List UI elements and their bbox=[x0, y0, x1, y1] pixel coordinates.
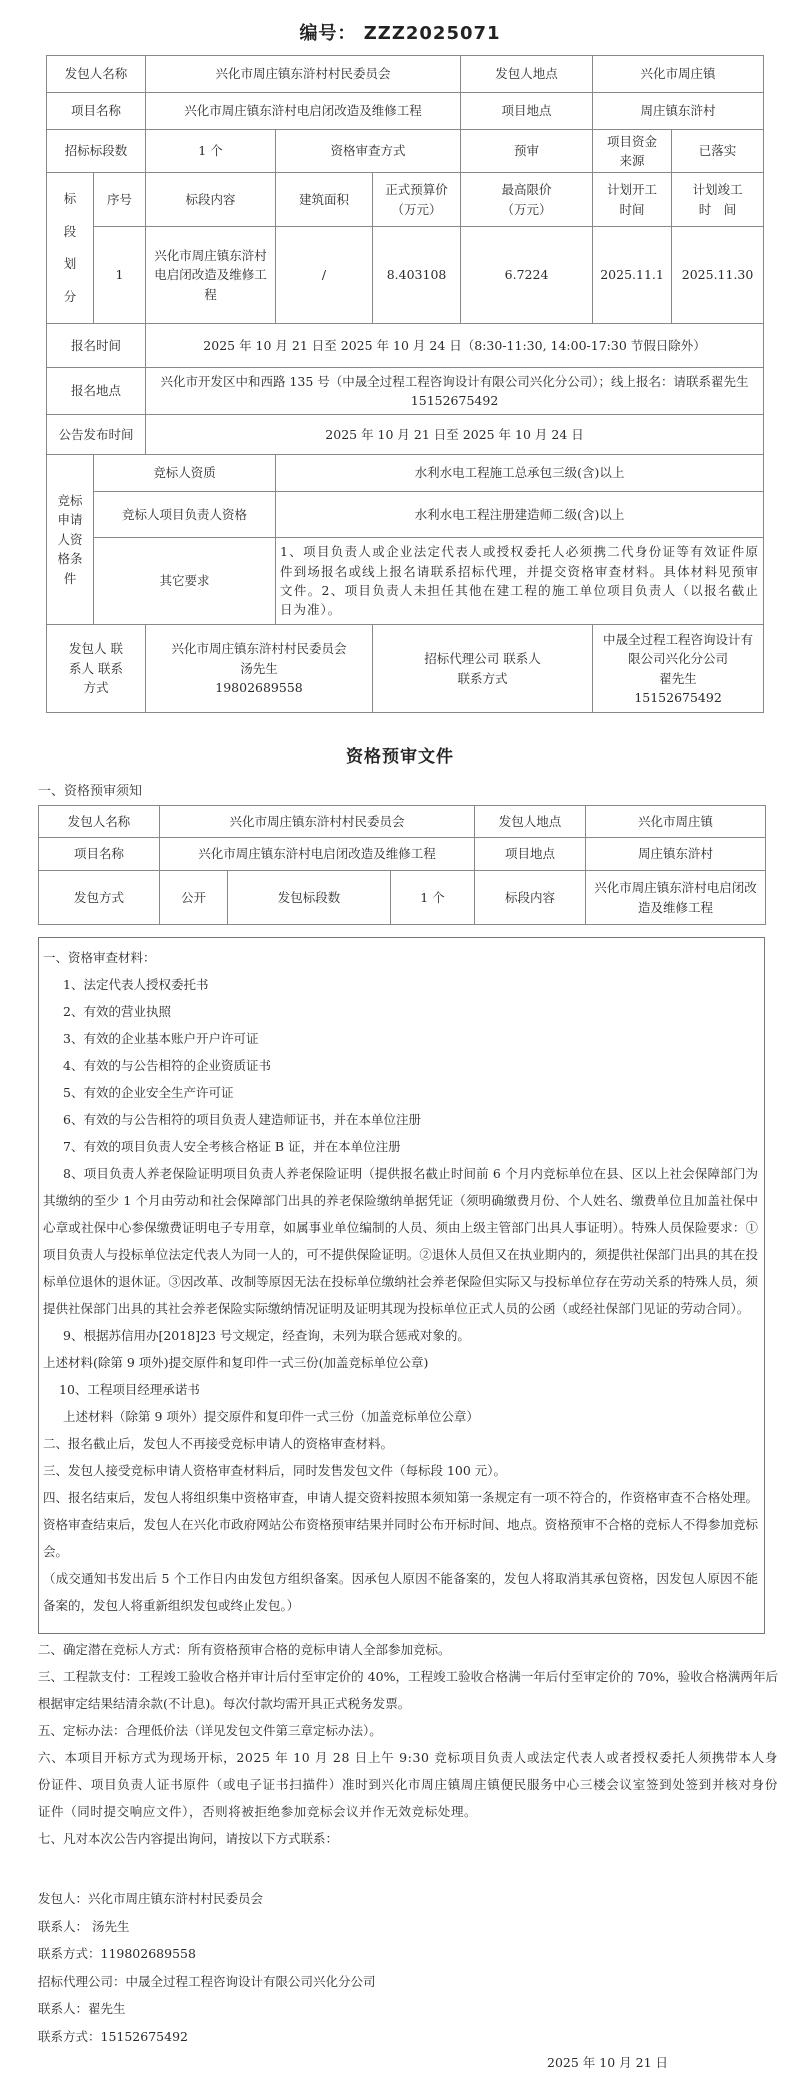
table-row: 发包人名称 兴化市周庄镇东浒村村民委员会 发包人地点 兴化市周庄镇 bbox=[39, 806, 766, 838]
section-count-label: 招标标段数 bbox=[47, 130, 146, 173]
employer-location-label: 发包人地点 bbox=[461, 56, 593, 93]
side-char: 划 bbox=[64, 256, 77, 271]
contact-agent-phone: 15152675492 bbox=[597, 688, 759, 707]
registration-place: 兴化市开发区中和西路 135 号（中晟全过程工程咨询设计有限公司兴化分公司）；线… bbox=[146, 368, 764, 415]
project-location-label: 项目地点 bbox=[475, 838, 586, 871]
project-name-label: 项目名称 bbox=[47, 93, 146, 130]
materials-note-1: 上述材料(除第 9 项外)提交原件和复印件一式三份(加盖竞标单位公章) bbox=[43, 1349, 758, 1376]
materials-heading: 一、资格审查材料： bbox=[43, 944, 758, 971]
qualification-row-label: 竞标人资质 bbox=[94, 455, 276, 492]
table-row: 竞标申请人资格条件 竞标人资质 水利水电工程施工总承包三级(含)以上 bbox=[47, 455, 764, 492]
side-char: 分 bbox=[64, 289, 77, 304]
contact-line: 联系方式：119802689558 bbox=[38, 1940, 778, 1968]
clause-4: 四、报名结束后，发包人将组织集中资格审查，申请人提交资料按照本须知第一条规定有一… bbox=[43, 1484, 758, 1565]
section-count: 1 个 bbox=[146, 130, 276, 173]
contact-employer-phone: 19802689558 bbox=[150, 678, 368, 697]
list-item: 7、有效的项目负责人安全考核合格证 B 证，并在本单位注册 bbox=[43, 1133, 758, 1160]
side-char: 标 bbox=[64, 191, 77, 206]
materials-note-2: 上述材料（除第 9 项外）提交原件和复印件一式三份（加盖竞标单位公章） bbox=[43, 1403, 758, 1430]
clause-3: 三、发包人接受竞标申请人资格审查材料后，同时发售发包文件（每标段 100 元）。 bbox=[43, 1457, 758, 1484]
registration-place-label: 报名地点 bbox=[47, 368, 146, 415]
contact-list: 发包人：兴化市周庄镇东浒村村民委员会 联系人： 汤先生 联系方式：1198026… bbox=[38, 1885, 778, 2050]
review-method: 预审 bbox=[461, 130, 593, 173]
contact-line: 联系方式：15152675492 bbox=[38, 2023, 778, 2051]
col-header-area: 建筑面积 bbox=[276, 173, 373, 227]
side-char: 段 bbox=[64, 224, 77, 239]
list-item: 2、有效的营业执照 bbox=[43, 998, 758, 1025]
section-division-label: 标 段 划 分 bbox=[47, 173, 94, 324]
project-location-label: 项目地点 bbox=[461, 93, 593, 130]
row-content: 兴化市周庄镇东浒村电启闭改造及维修工程 bbox=[146, 227, 276, 324]
table-row: 报名地点 兴化市开发区中和西路 135 号（中晟全过程工程咨询设计有限公司兴化分… bbox=[47, 368, 764, 415]
project-name-label: 项目名称 bbox=[39, 838, 160, 871]
project-location: 周庄镇东浒村 bbox=[586, 838, 766, 871]
table-row: 其它要求 1、项目负责人或企业法定代表人或授权委托人必须携二代身份证等有效证件原… bbox=[47, 538, 764, 625]
contact-line: 招标代理公司：中晟全过程工程咨询设计有限公司兴化分公司 bbox=[38, 1968, 778, 1996]
list-item: 5、有效的企业安全生产许可证 bbox=[43, 1079, 758, 1106]
contact-employer-name: 兴化市周庄镇东浒村村民委员会 bbox=[150, 639, 368, 658]
document-date: 2025 年 10 月 21 日 bbox=[547, 2054, 668, 2073]
table-row: 公告发布时间 2025 年 10 月 21 日至 2025 年 10 月 24 … bbox=[47, 415, 764, 455]
section-content-label: 标段内容 bbox=[475, 871, 586, 925]
section-count-label: 发包标段数 bbox=[228, 871, 391, 925]
clause-note: （成交通知书发出后 5 个工作日内由发包方组织备案。因承包人原因不能备案的，发包… bbox=[43, 1565, 758, 1619]
qualification-row-label: 竞标人项目负责人资格 bbox=[94, 492, 276, 538]
table-row: 发包方式 公开 发包标段数 1 个 标段内容 兴化市周庄镇东浒村电启闭改造及维修… bbox=[39, 871, 766, 925]
section-count: 1 个 bbox=[391, 871, 475, 925]
method: 公开 bbox=[160, 871, 228, 925]
row-max-price: 6.7224 bbox=[461, 227, 593, 324]
table-row: 发包人 联系人 联系方式 兴化市周庄镇东浒村村民委员会 汤先生 19802689… bbox=[47, 625, 764, 713]
project-name: 兴化市周庄镇东浒村电启闭改造及维修工程 bbox=[160, 838, 475, 871]
employer-name: 兴化市周庄镇东浒村村民委员会 bbox=[146, 56, 461, 93]
list-item-8: 8、项目负责人养老保险证明项目负责人养老保险证明（提供报名截止时间前 6 个月内… bbox=[43, 1160, 758, 1322]
table-row: 报名时间 2025 年 10 月 21 日至 2025 年 10 月 24 日（… bbox=[47, 324, 764, 368]
employer-location-label: 发包人地点 bbox=[475, 806, 586, 838]
project-name: 兴化市周庄镇东浒村电启闭改造及维修工程 bbox=[146, 93, 461, 130]
qualification-row-label: 其它要求 bbox=[94, 538, 276, 625]
publish-time-label: 公告发布时间 bbox=[47, 415, 146, 455]
qualification-row-value: 水利水电工程注册建造师二级(含)以上 bbox=[276, 492, 764, 538]
table-row: 招标标段数 1 个 资格审查方式 预审 项目资金来源 已落实 bbox=[47, 130, 764, 173]
announcement-table: 发包人名称 兴化市周庄镇东浒村村民委员会 发包人地点 兴化市周庄镇 项目名称 兴… bbox=[46, 55, 764, 713]
additional-clauses: 二、确定潜在竞标人方式：所有资格预审合格的竞标申请人全部参加竞标。 三、工程款支… bbox=[38, 1636, 778, 1852]
contact-line: 发包人：兴化市周庄镇东浒村村民委员会 bbox=[38, 1885, 778, 1913]
row-no: 1 bbox=[94, 227, 146, 324]
list-item: 6、有效的与公告相符的项目负责人建造师证书，并在本单位注册 bbox=[43, 1106, 758, 1133]
fund-source: 已落实 bbox=[672, 130, 764, 173]
contact-label-text: 招标代理公司 联系人 联系方式 bbox=[424, 651, 540, 685]
prequalification-title: 资格预审文件 bbox=[0, 745, 800, 771]
contact-employer-label: 发包人 联系人 联系方式 bbox=[47, 625, 146, 713]
clause-inquiry: 七、凡对本次公告内容提出询问，请按以下方式联系： bbox=[38, 1825, 778, 1852]
list-item-10: 10、工程项目经理承诺书 bbox=[43, 1376, 758, 1403]
document-number-value: ZZZ2025071 bbox=[364, 23, 501, 44]
contact-agent-label: 招标代理公司 联系人 联系方式 bbox=[373, 625, 593, 713]
contact-employer-person: 汤先生 bbox=[150, 659, 368, 678]
list-item: 4、有效的与公告相符的企业资质证书 bbox=[43, 1052, 758, 1079]
registration-time-label: 报名时间 bbox=[47, 324, 146, 368]
table-row: 1 兴化市周庄镇东浒村电启闭改造及维修工程 / 8.403108 6.7224 … bbox=[47, 227, 764, 324]
col-header-start: 计划开工时间 bbox=[593, 173, 672, 227]
contact-line: 联系人：翟先生 bbox=[38, 1995, 778, 2023]
clause-2: 二、报名截止后，发包人不再接受竞标申请人的资格审查材料。 bbox=[43, 1430, 758, 1457]
table-row: 竞标人项目负责人资格 水利水电工程注册建造师二级(含)以上 bbox=[47, 492, 764, 538]
col-header-no: 序号 bbox=[94, 173, 146, 227]
row-area: / bbox=[276, 227, 373, 324]
project-location: 周庄镇东浒村 bbox=[593, 93, 764, 130]
qualification-label: 竞标申请人资格条件 bbox=[47, 455, 94, 625]
clause-award-method: 五、定标办法：合理低价法（详见发包文件第三章定标办法）。 bbox=[38, 1717, 778, 1744]
table-row: 标 段 划 分 序号 标段内容 建筑面积 正式预算价（万元） 最高限价（万元） … bbox=[47, 173, 764, 227]
col-header-max-price: 最高限价（万元） bbox=[461, 173, 593, 227]
col-header-budget: 正式预算价（万元） bbox=[373, 173, 461, 227]
list-item-9: 9、根据苏信用办[2018]23 号文规定，经查询，未列为联合惩戒对象的。 bbox=[43, 1322, 758, 1349]
list-item: 1、法定代表人授权委托书 bbox=[43, 971, 758, 998]
qualification-row-value: 水利水电工程施工总承包三级(含)以上 bbox=[276, 455, 764, 492]
col-header-content: 标段内容 bbox=[146, 173, 276, 227]
method-label: 发包方式 bbox=[39, 871, 160, 925]
row-end: 2025.11.30 bbox=[672, 227, 764, 324]
table-row: 项目名称 兴化市周庄镇东浒村电启闭改造及维修工程 项目地点 周庄镇东浒村 bbox=[47, 93, 764, 130]
table-row: 发包人名称 兴化市周庄镇东浒村村民委员会 发包人地点 兴化市周庄镇 bbox=[47, 56, 764, 93]
row-start: 2025.11.1 bbox=[593, 227, 672, 324]
contact-label-text: 发包人 联系人 联系方式 bbox=[69, 641, 123, 695]
col-header-end: 计划竣工 时 间 bbox=[672, 173, 764, 227]
list-item: 3、有效的企业基本账户开户许可证 bbox=[43, 1025, 758, 1052]
row-budget: 8.403108 bbox=[373, 227, 461, 324]
prequalification-table: 发包人名称 兴化市周庄镇东浒村村民委员会 发包人地点 兴化市周庄镇 项目名称 兴… bbox=[38, 805, 766, 925]
review-method-label: 资格审查方式 bbox=[276, 130, 461, 173]
registration-time: 2025 年 10 月 21 日至 2025 年 10 月 24 日（8:30-… bbox=[146, 324, 764, 368]
employer-location: 兴化市周庄镇 bbox=[593, 56, 764, 93]
employer-name: 兴化市周庄镇东浒村村民委员会 bbox=[160, 806, 475, 838]
publish-time: 2025 年 10 月 21 日至 2025 年 10 月 24 日 bbox=[146, 415, 764, 455]
prequalification-subhead: 一、资格预审须知 bbox=[38, 782, 142, 802]
document-number: 编号： ZZZ2025071 bbox=[0, 20, 800, 47]
clause-bid-opening: 六、本项目开标方式为现场开标，2025 年 10 月 28 日上午 9:30 竞… bbox=[38, 1744, 778, 1825]
contact-agent-person: 翟先生 bbox=[597, 669, 759, 688]
table-row: 项目名称 兴化市周庄镇东浒村电启闭改造及维修工程 项目地点 周庄镇东浒村 bbox=[39, 838, 766, 871]
employer-name-label: 发包人名称 bbox=[47, 56, 146, 93]
contact-line: 联系人： 汤先生 bbox=[38, 1913, 778, 1941]
document-number-label: 编号： bbox=[299, 23, 356, 44]
employer-name-label: 发包人名称 bbox=[39, 806, 160, 838]
employer-location: 兴化市周庄镇 bbox=[586, 806, 766, 838]
clause-payment: 三、工程款支付：工程竣工验收合格并审计后付至审定价的 40%，工程竣工验收合格满… bbox=[38, 1663, 778, 1717]
section-content: 兴化市周庄镇东浒村电启闭改造及维修工程 bbox=[586, 871, 766, 925]
contact-agent-name: 中晟全过程工程咨询设计有限公司兴化分公司 bbox=[597, 630, 759, 669]
fund-source-label: 项目资金来源 bbox=[593, 130, 672, 173]
qualification-row-value: 1、项目负责人或企业法定代表人或授权委托人必须携二代身份证等有效证件原件到场报名… bbox=[276, 538, 764, 625]
contact-employer: 兴化市周庄镇东浒村村民委员会 汤先生 19802689558 bbox=[146, 625, 373, 713]
contact-agent: 中晟全过程工程咨询设计有限公司兴化分公司 翟先生 15152675492 bbox=[593, 625, 764, 713]
qualification-materials-box: 一、资格审查材料： 1、法定代表人授权委托书 2、有效的营业执照 3、有效的企业… bbox=[38, 937, 765, 1634]
clause-potential-bidders: 二、确定潜在竞标人方式：所有资格预审合格的竞标申请人全部参加竞标。 bbox=[38, 1636, 778, 1663]
